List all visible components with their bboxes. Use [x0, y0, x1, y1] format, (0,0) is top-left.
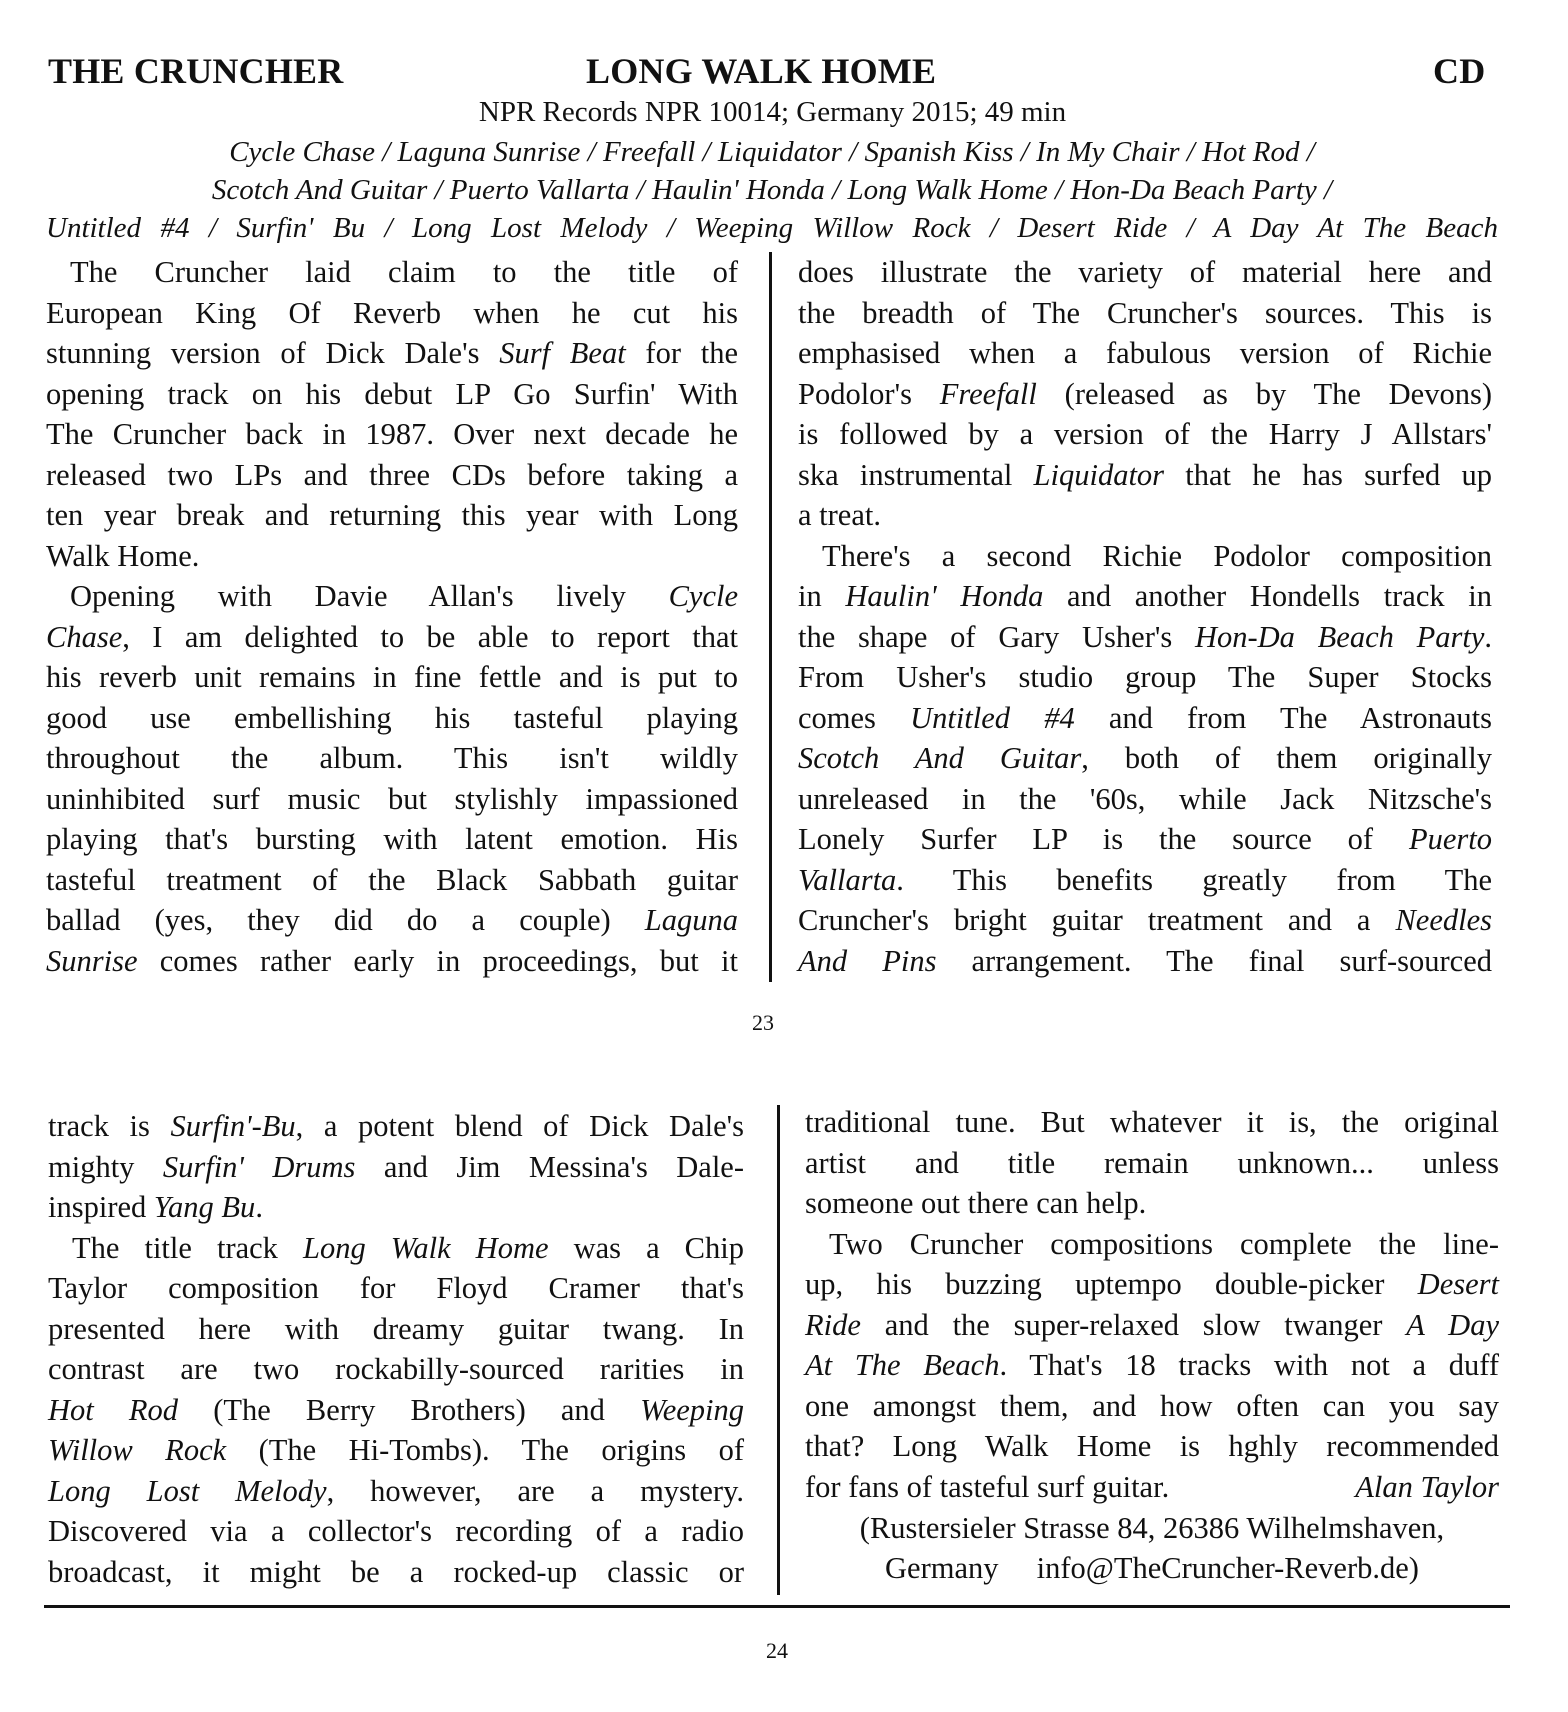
text-run: artist and title remain unknown... unles… — [805, 1146, 1499, 1180]
text-run: the shape of Gary Usher's — [798, 620, 1195, 654]
text-run: , both of them originally — [1081, 741, 1492, 775]
text-line: Discovered via a collector's recording o… — [48, 1511, 744, 1552]
text-run: Discovered via a collector's recording o… — [48, 1514, 744, 1548]
text-run: and from The Astronauts — [1075, 701, 1492, 735]
text-line: uninhibited surf music but stylishly imp… — [46, 779, 738, 820]
text-run: . — [1484, 620, 1492, 654]
closing-text: for fans of tasteful surf guitar. — [805, 1467, 1169, 1508]
title-reference: At The Beach — [805, 1348, 999, 1382]
title-reference: Desert — [1418, 1267, 1499, 1301]
column-divider — [777, 1105, 780, 1595]
title-reference: Scotch And Guitar — [798, 741, 1081, 775]
page24-right-column: traditional tune. But whatever it is, th… — [805, 1102, 1499, 1467]
text-line: one amongst them, and how often can you … — [805, 1386, 1499, 1427]
text-run: emphasised when a fabulous version of Ri… — [798, 336, 1492, 370]
text-run: stunning version of Dick Dale's — [46, 336, 499, 370]
text-run: the breadth of The Cruncher's sources. T… — [798, 296, 1492, 330]
text-line: track is Surfin'-Bu, a potent blend of D… — [48, 1106, 744, 1147]
text-run: his reverb unit remains in fine fettle a… — [46, 660, 738, 694]
text-line: Sunrise comes rather early in proceeding… — [46, 941, 738, 982]
page24-left-column: track is Surfin'-Bu, a potent blend of D… — [48, 1106, 744, 1592]
title-reference: Surf Beat — [499, 336, 625, 370]
text-line: Ride and the super-relaxed slow twanger … — [805, 1305, 1499, 1346]
text-run: Two Cruncher compositions complete the l… — [829, 1227, 1499, 1261]
text-line: presented here with dreamy guitar twang.… — [48, 1309, 744, 1350]
text-run: and another Hondells track in — [1043, 579, 1492, 613]
text-run: , a potent blend of Dick Dale's — [296, 1109, 744, 1143]
page23-right-column: does illustrate the variety of material … — [798, 252, 1492, 981]
tracklist-line: Cycle Chase / Laguna Sunrise / Freefall … — [46, 133, 1498, 171]
title-reference: Vallarta — [798, 863, 896, 897]
title-reference: Yang Bu — [154, 1190, 255, 1224]
release-info: NPR Records NPR 10014; Germany 2015; 49 … — [0, 96, 1545, 129]
title-reference: Surfin'-Bu — [171, 1109, 296, 1143]
title-reference: And Pins — [798, 944, 936, 978]
text-run: (The Berry Brothers) and — [178, 1393, 640, 1427]
text-run: comes rather early in proceedings, but i… — [138, 944, 739, 978]
tracklist-line: Scotch And Guitar / Puerto Vallarta / Ha… — [46, 171, 1498, 209]
text-line: released two LPs and three CDs before ta… — [46, 455, 738, 496]
text-line: throughout the album. This isn't wildly — [46, 738, 738, 779]
text-run: ballad (yes, they did do a couple) — [46, 903, 645, 937]
text-line: artist and title remain unknown... unles… — [805, 1143, 1499, 1184]
text-run: uninhibited surf music but stylishly imp… — [46, 782, 738, 816]
text-run: . That's 18 tracks with not a duff — [999, 1348, 1499, 1382]
contact-address: (Rustersieler Strasse 84, 26386 Wilhelms… — [805, 1508, 1499, 1549]
text-run: There's a second Richie Podolor composit… — [822, 539, 1492, 573]
text-line: up, his buzzing uptempo double-picker De… — [805, 1264, 1499, 1305]
text-line: traditional tune. But whatever it is, th… — [805, 1102, 1499, 1143]
text-run: tasteful treatment of the Black Sabbath … — [46, 863, 738, 897]
text-run: The Cruncher laid claim to the title of — [70, 255, 738, 289]
text-line: European King Of Reverb when he cut his — [46, 293, 738, 334]
text-line: Walk Home. — [46, 536, 738, 577]
album-title: LONG WALK HOME — [586, 50, 936, 92]
text-line: good use embellishing his tasteful playi… — [46, 698, 738, 739]
format-label: CD — [1433, 50, 1485, 92]
page-number: 24 — [766, 1638, 788, 1664]
text-run: is followed by a version of the Harry J … — [798, 417, 1492, 451]
tracklist: Cycle Chase / Laguna Sunrise / Freefall … — [46, 133, 1498, 247]
text-run: The Cruncher back in 1987. Over next dec… — [46, 417, 738, 451]
title-reference: Hot Rod — [48, 1393, 178, 1427]
text-line: Opening with Davie Allan's lively Cycle — [46, 576, 738, 617]
contact-email: Germany info@TheCruncher-Reverb.de) — [805, 1548, 1499, 1589]
text-run: mighty — [48, 1150, 163, 1184]
text-line: his reverb unit remains in fine fettle a… — [46, 657, 738, 698]
page23-left-column: The Cruncher laid claim to the title ofE… — [46, 252, 738, 981]
text-line: Chase, I am delighted to be able to repo… — [46, 617, 738, 658]
text-run: unreleased in the '60s, while Jack Nitzs… — [798, 782, 1492, 816]
text-run: that? Long Walk Home is hghly recommende… — [805, 1429, 1499, 1463]
text-run: ten year break and returning this year w… — [46, 498, 738, 532]
text-run: broadcast, it might be a rocked-up class… — [48, 1555, 744, 1589]
text-line: And Pins arrangement. The final surf-sou… — [798, 941, 1492, 982]
text-line: ska instrumental Liquidator that he has … — [798, 455, 1492, 496]
text-line: The title track Long Walk Home was a Chi… — [48, 1228, 744, 1269]
signoff-line: for fans of tasteful surf guitar. Alan T… — [805, 1467, 1499, 1508]
text-line: inspired Yang Bu. — [48, 1187, 744, 1228]
text-run: was a Chip — [549, 1231, 744, 1265]
text-line: the shape of Gary Usher's Hon-Da Beach P… — [798, 617, 1492, 658]
text-run: one amongst them, and how often can you … — [805, 1389, 1499, 1423]
text-line: does illustrate the variety of material … — [798, 252, 1492, 293]
title-reference: Hon-Da Beach Party — [1195, 620, 1484, 654]
text-run: for the — [626, 336, 738, 370]
author-name: Alan Taylor — [1355, 1467, 1499, 1508]
text-line: a treat. — [798, 495, 1492, 536]
text-run: contrast are two rockabilly-sourced rari… — [48, 1352, 744, 1386]
text-run: good use embellishing his tasteful playi… — [46, 701, 738, 735]
title-reference: A Day — [1406, 1308, 1499, 1342]
text-line: playing that's bursting with latent emot… — [46, 819, 738, 860]
text-run: , however, are a mystery. — [327, 1474, 744, 1508]
text-run: Opening with Davie Allan's lively — [70, 579, 669, 613]
text-line: that? Long Walk Home is hghly recommende… — [805, 1426, 1499, 1467]
text-line: Hot Rod (The Berry Brothers) and Weeping — [48, 1390, 744, 1431]
text-line: The Cruncher back in 1987. Over next dec… — [46, 414, 738, 455]
text-run: traditional tune. But whatever it is, th… — [805, 1105, 1499, 1139]
text-line: tasteful treatment of the Black Sabbath … — [46, 860, 738, 901]
text-line: At The Beach. That's 18 tracks with not … — [805, 1345, 1499, 1386]
text-line: ten year break and returning this year w… — [46, 495, 738, 536]
text-line: stunning version of Dick Dale's Surf Bea… — [46, 333, 738, 374]
title-reference: Long Walk Home — [303, 1231, 549, 1265]
text-run: Cruncher's bright guitar treatment and a — [798, 903, 1395, 937]
text-run: . This benefits greatly from The — [896, 863, 1492, 897]
title-reference: Chase — [46, 620, 122, 654]
title-reference: Untitled #4 — [910, 701, 1075, 735]
text-run: ska instrumental — [798, 458, 1034, 492]
text-run: playing that's bursting with latent emot… — [46, 822, 738, 856]
text-line: is followed by a version of the Harry J … — [798, 414, 1492, 455]
text-line: From Usher's studio group The Super Stoc… — [798, 657, 1492, 698]
title-reference: Sunrise — [46, 944, 138, 978]
text-line: emphasised when a fabulous version of Ri… — [798, 333, 1492, 374]
text-line: Cruncher's bright guitar treatment and a… — [798, 900, 1492, 941]
text-run: From Usher's studio group The Super Stoc… — [798, 660, 1492, 694]
title-reference: Haulin' Honda — [845, 579, 1043, 613]
title-reference: Laguna — [645, 903, 738, 937]
text-line: Podolor's Freefall (released as by The D… — [798, 374, 1492, 415]
text-run: throughout the album. This isn't wildly — [46, 741, 738, 775]
text-line: ballad (yes, they did do a couple) Lagun… — [46, 900, 738, 941]
text-run: inspired — [48, 1190, 154, 1224]
column-divider — [769, 252, 772, 982]
text-run: in — [798, 579, 845, 613]
title-reference: Ride — [805, 1308, 861, 1342]
text-run: Podolor's — [798, 377, 940, 411]
title-reference: Needles — [1395, 903, 1492, 937]
text-line: in Haulin' Honda and another Hondells tr… — [798, 576, 1492, 617]
text-run: track is — [48, 1109, 171, 1143]
bottom-rule — [44, 1605, 1510, 1608]
text-run: Lonely Surfer LP is the source of — [798, 822, 1409, 856]
text-line: Lonely Surfer LP is the source of Puerto — [798, 819, 1492, 860]
title-reference: Cycle — [669, 579, 738, 613]
text-line: contrast are two rockabilly-sourced rari… — [48, 1349, 744, 1390]
page-number: 23 — [752, 1010, 774, 1036]
text-line: the breadth of The Cruncher's sources. T… — [798, 293, 1492, 334]
text-run: (The Hi-Tombs). The origins of — [226, 1433, 744, 1467]
text-run: does illustrate the variety of material … — [798, 255, 1492, 289]
text-line: Long Lost Melody, however, are a mystery… — [48, 1471, 744, 1512]
text-line: unreleased in the '60s, while Jack Nitzs… — [798, 779, 1492, 820]
text-run: released two LPs and three CDs before ta… — [46, 458, 738, 492]
text-line: broadcast, it might be a rocked-up class… — [48, 1552, 744, 1593]
text-run: , I am delighted to be able to report th… — [122, 620, 738, 654]
text-run: arrangement. The final surf-sourced — [936, 944, 1492, 978]
text-line: Vallarta. This benefits greatly from The — [798, 860, 1492, 901]
text-run: presented here with dreamy guitar twang.… — [48, 1312, 744, 1346]
title-reference: Surfin' Drums — [163, 1150, 356, 1184]
artist-name: THE CRUNCHER — [48, 50, 343, 92]
title-reference: Puerto — [1409, 822, 1492, 856]
text-run: . — [255, 1190, 263, 1224]
text-line: mighty Surfin' Drums and Jim Messina's D… — [48, 1147, 744, 1188]
text-run: Taylor composition for Floyd Cramer that… — [48, 1271, 744, 1305]
text-run: someone out there can help. — [805, 1186, 1146, 1220]
text-line: Taylor composition for Floyd Cramer that… — [48, 1268, 744, 1309]
text-run: (released as by The Devons) — [1037, 377, 1492, 411]
text-run: comes — [798, 701, 910, 735]
text-run: a treat. — [798, 498, 881, 532]
text-run: up, his buzzing uptempo double-picker — [805, 1267, 1418, 1301]
tracklist-line: Untitled #4 / Surfin' Bu / Long Lost Mel… — [46, 209, 1498, 247]
text-run: The title track — [72, 1231, 303, 1265]
text-run: that he has surfed up — [1164, 458, 1492, 492]
text-line: Willow Rock (The Hi-Tombs). The origins … — [48, 1430, 744, 1471]
text-line: opening track on his debut LP Go Surfin'… — [46, 374, 738, 415]
text-line: someone out there can help. — [805, 1183, 1499, 1224]
text-run: European King Of Reverb when he cut his — [46, 296, 738, 330]
text-run: and the super-relaxed slow twanger — [861, 1308, 1406, 1342]
text-line: comes Untitled #4 and from The Astronaut… — [798, 698, 1492, 739]
text-run: Walk Home. — [46, 539, 199, 573]
text-line: Scotch And Guitar, both of them original… — [798, 738, 1492, 779]
text-line: There's a second Richie Podolor composit… — [798, 536, 1492, 577]
title-reference: Willow Rock — [48, 1433, 226, 1467]
text-line: The Cruncher laid claim to the title of — [46, 252, 738, 293]
title-reference: Liquidator — [1034, 458, 1165, 492]
text-run: and Jim Messina's Dale- — [355, 1150, 744, 1184]
review-signoff: for fans of tasteful surf guitar. Alan T… — [805, 1467, 1499, 1589]
title-reference: Freefall — [940, 377, 1037, 411]
text-run: opening track on his debut LP Go Surfin'… — [46, 377, 738, 411]
title-reference: Weeping — [640, 1393, 744, 1427]
text-line: Two Cruncher compositions complete the l… — [805, 1224, 1499, 1265]
title-reference: Long Lost Melody — [48, 1474, 327, 1508]
